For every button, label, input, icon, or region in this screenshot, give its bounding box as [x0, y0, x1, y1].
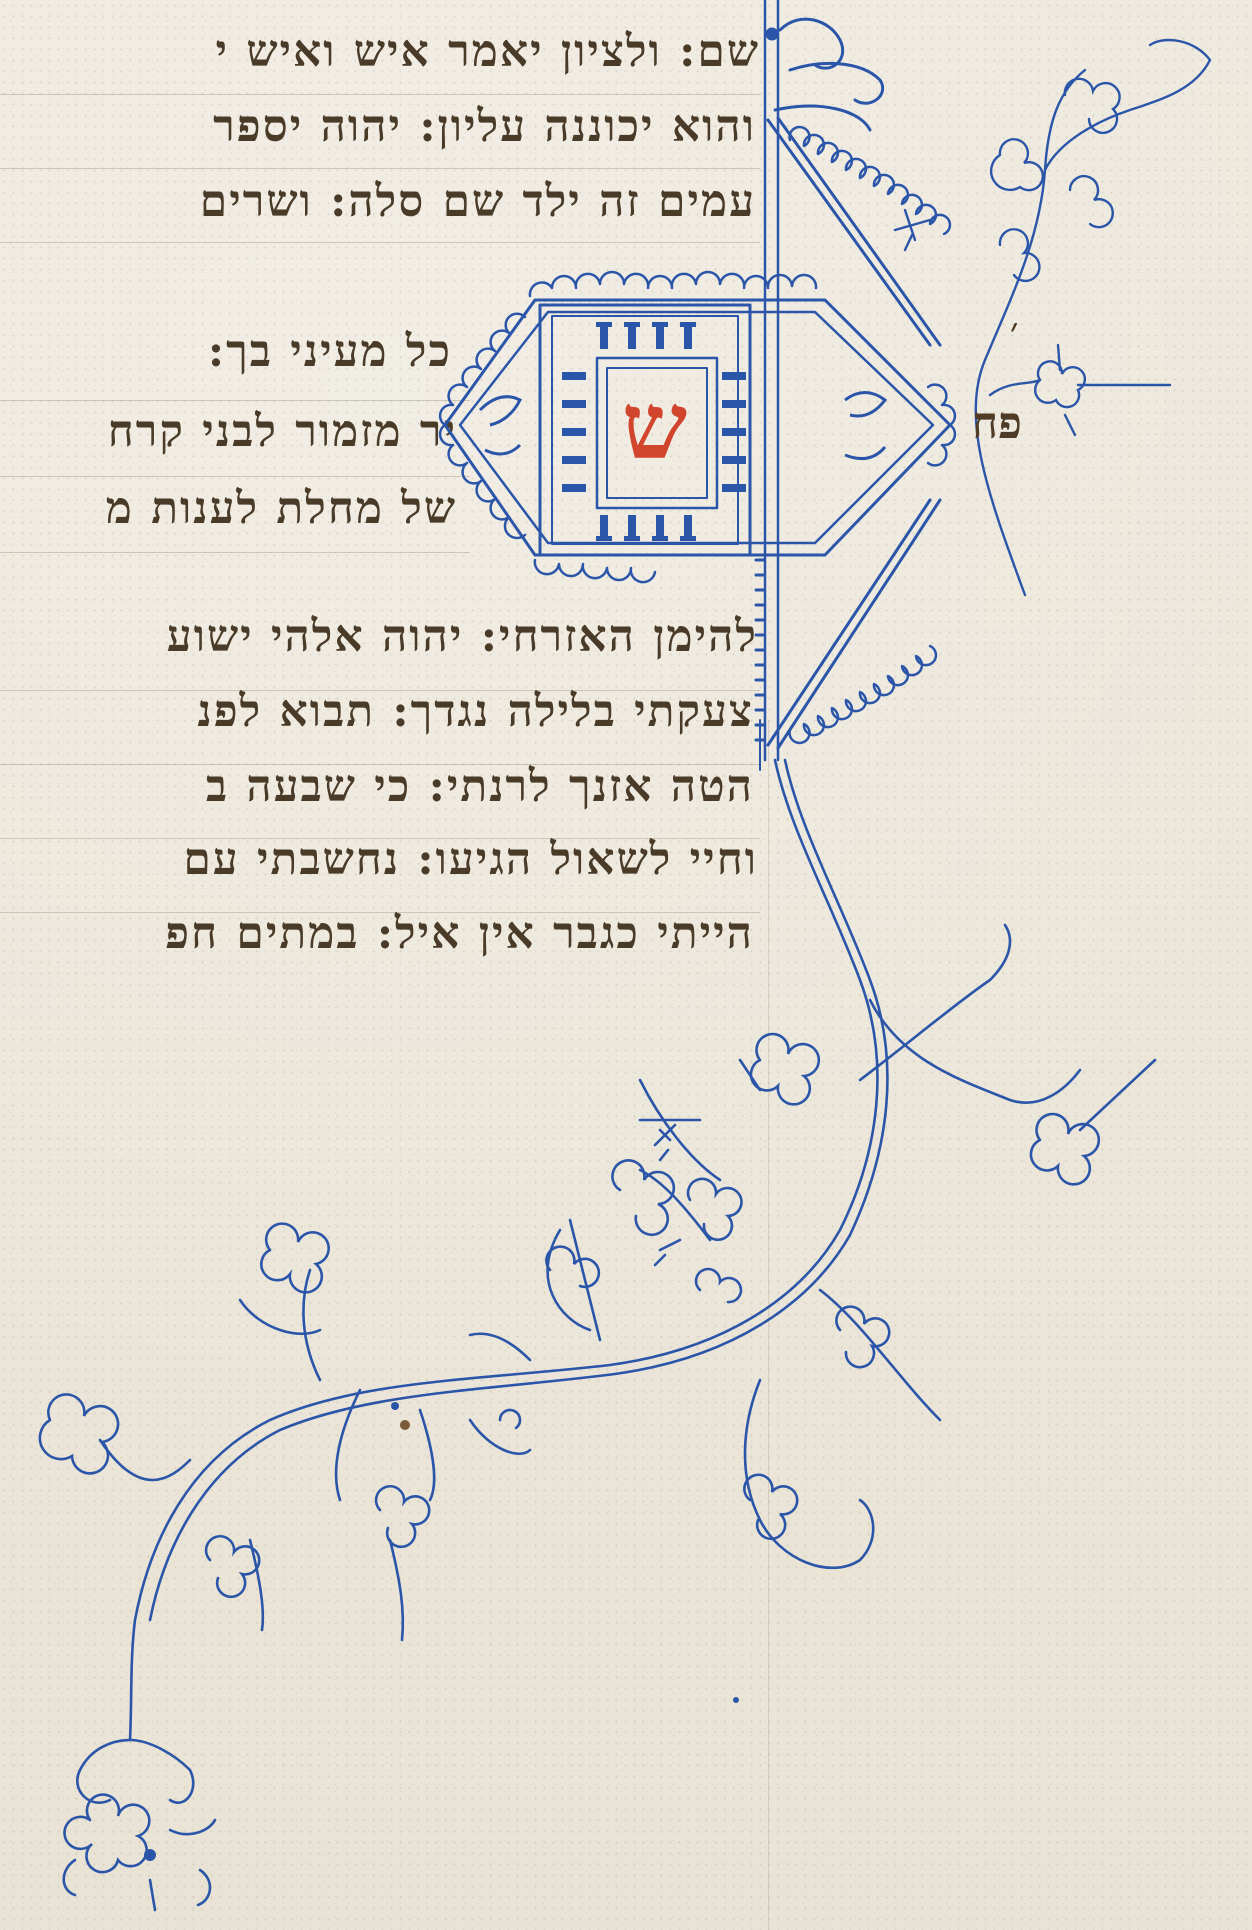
marginal-psalm-number: פח [972, 398, 1022, 449]
marginal-mark: ׳ [1010, 310, 1018, 352]
red-initial-letter: ש [622, 380, 687, 472]
penwork-decoration [0, 0, 1252, 1930]
